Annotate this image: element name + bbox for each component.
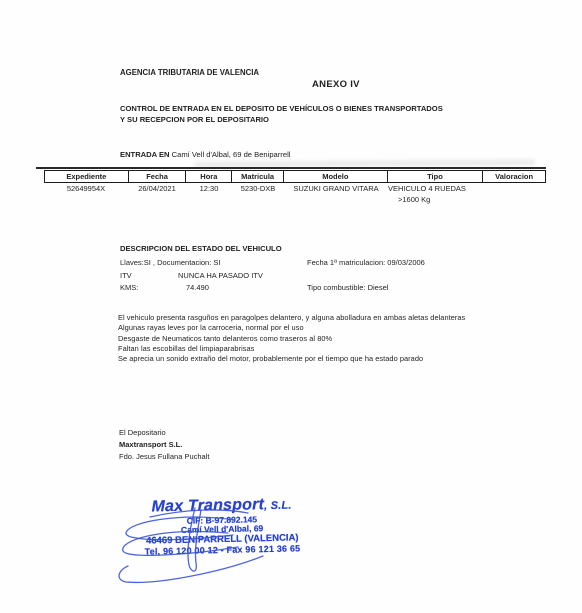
cell-modelo: SUZUKI GRAND VITARA bbox=[284, 184, 388, 204]
stamp-company-text: Max Transport bbox=[151, 496, 264, 515]
cell-valoracion bbox=[484, 184, 546, 204]
depositary-label: El Depositario bbox=[119, 428, 166, 437]
control-title-line1: CONTROL DE ENTRADA EN EL DEPOSITO DE VEH… bbox=[120, 104, 443, 113]
col-header-valoracion: Valoracion bbox=[483, 171, 545, 182]
vehicle-table-row: 52649954X 26/04/2021 12:30 5230-DXB SUZU… bbox=[44, 184, 546, 204]
cell-matricula: 5230-DXB bbox=[232, 184, 284, 204]
kms-label: KMS: bbox=[120, 283, 138, 292]
condition-line: Faltan las escobillas del limpiaparabris… bbox=[118, 344, 580, 354]
table-top-rule bbox=[36, 167, 546, 169]
description-title: DESCRIPCION DEL ESTADO DEL VEHICULO bbox=[120, 244, 282, 253]
cell-fecha: 26/04/2021 bbox=[128, 184, 186, 204]
keys-docs-value: Llaves:SI , Documentacion: SI bbox=[120, 258, 220, 267]
col-header-fecha: Fecha bbox=[129, 171, 187, 182]
annex-title: ANEXO IV bbox=[312, 79, 360, 90]
col-header-tipo: Tipo bbox=[388, 171, 484, 182]
vehicle-table-header: Expediente Fecha Hora Matricula Modelo T… bbox=[44, 170, 546, 183]
company-stamp: Max Transport, S.L. CIF: B-97.892.145 Ca… bbox=[130, 495, 313, 557]
col-header-hora: Hora bbox=[186, 171, 232, 182]
cell-tipo: VEHICULO 4 RUEDAS >1600 Kg bbox=[388, 184, 484, 204]
stamp-company-suffix: , S.L. bbox=[264, 500, 292, 513]
cell-tipo-line2: >1600 Kg bbox=[388, 195, 484, 204]
vehicle-condition-paragraph: El vehiculo presenta rasguños en paragol… bbox=[118, 313, 580, 364]
col-header-modelo: Modelo bbox=[284, 171, 388, 182]
depositary-signer: Fdo. Jesus Fullana Puchalt bbox=[119, 452, 209, 461]
itv-label: ITV bbox=[120, 271, 132, 280]
control-title-line2: Y SU RECEPCION POR EL DEPOSITARIO bbox=[120, 115, 269, 124]
condition-line: El vehiculo presenta rasguños en paragol… bbox=[118, 313, 580, 323]
fuel-type-value: Tipo combustible: Diesel bbox=[307, 283, 388, 292]
document-page: AGENCIA TRIBUTARIA DE VALENCIA ANEXO IV … bbox=[0, 0, 582, 613]
condition-line: Algunas rayas leves por la carroceria, n… bbox=[118, 323, 580, 333]
cell-expediente: 52649954X bbox=[44, 184, 128, 204]
col-header-matricula: Matricula bbox=[232, 171, 284, 182]
entrada-line: ENTRADA EN Camí Vell d'Albal, 69 de Beni… bbox=[120, 150, 290, 159]
cell-hora: 12:30 bbox=[186, 184, 232, 204]
condition-line: Se aprecia un sonido extraño del motor, … bbox=[118, 354, 580, 364]
kms-value: 74.490 bbox=[186, 283, 209, 292]
cell-tipo-line1: VEHICULO 4 RUEDAS bbox=[388, 184, 484, 193]
agency-title: AGENCIA TRIBUTARIA DE VALENCIA bbox=[120, 68, 259, 77]
condition-line: Desgaste de Neumaticos tanto delanteros … bbox=[118, 334, 580, 344]
entrada-value: Camí Vell d'Albal, 69 de Beniparrell bbox=[172, 150, 291, 159]
col-header-expediente: Expediente bbox=[45, 171, 129, 182]
depositary-company: Maxtransport S.L. bbox=[119, 440, 182, 449]
first-registration-date: Fecha 1ª matriculacion: 09/03/2006 bbox=[307, 258, 425, 267]
itv-value: NUNCA HA PASADO ITV bbox=[178, 271, 263, 280]
entrada-label: ENTRADA EN bbox=[120, 150, 170, 159]
